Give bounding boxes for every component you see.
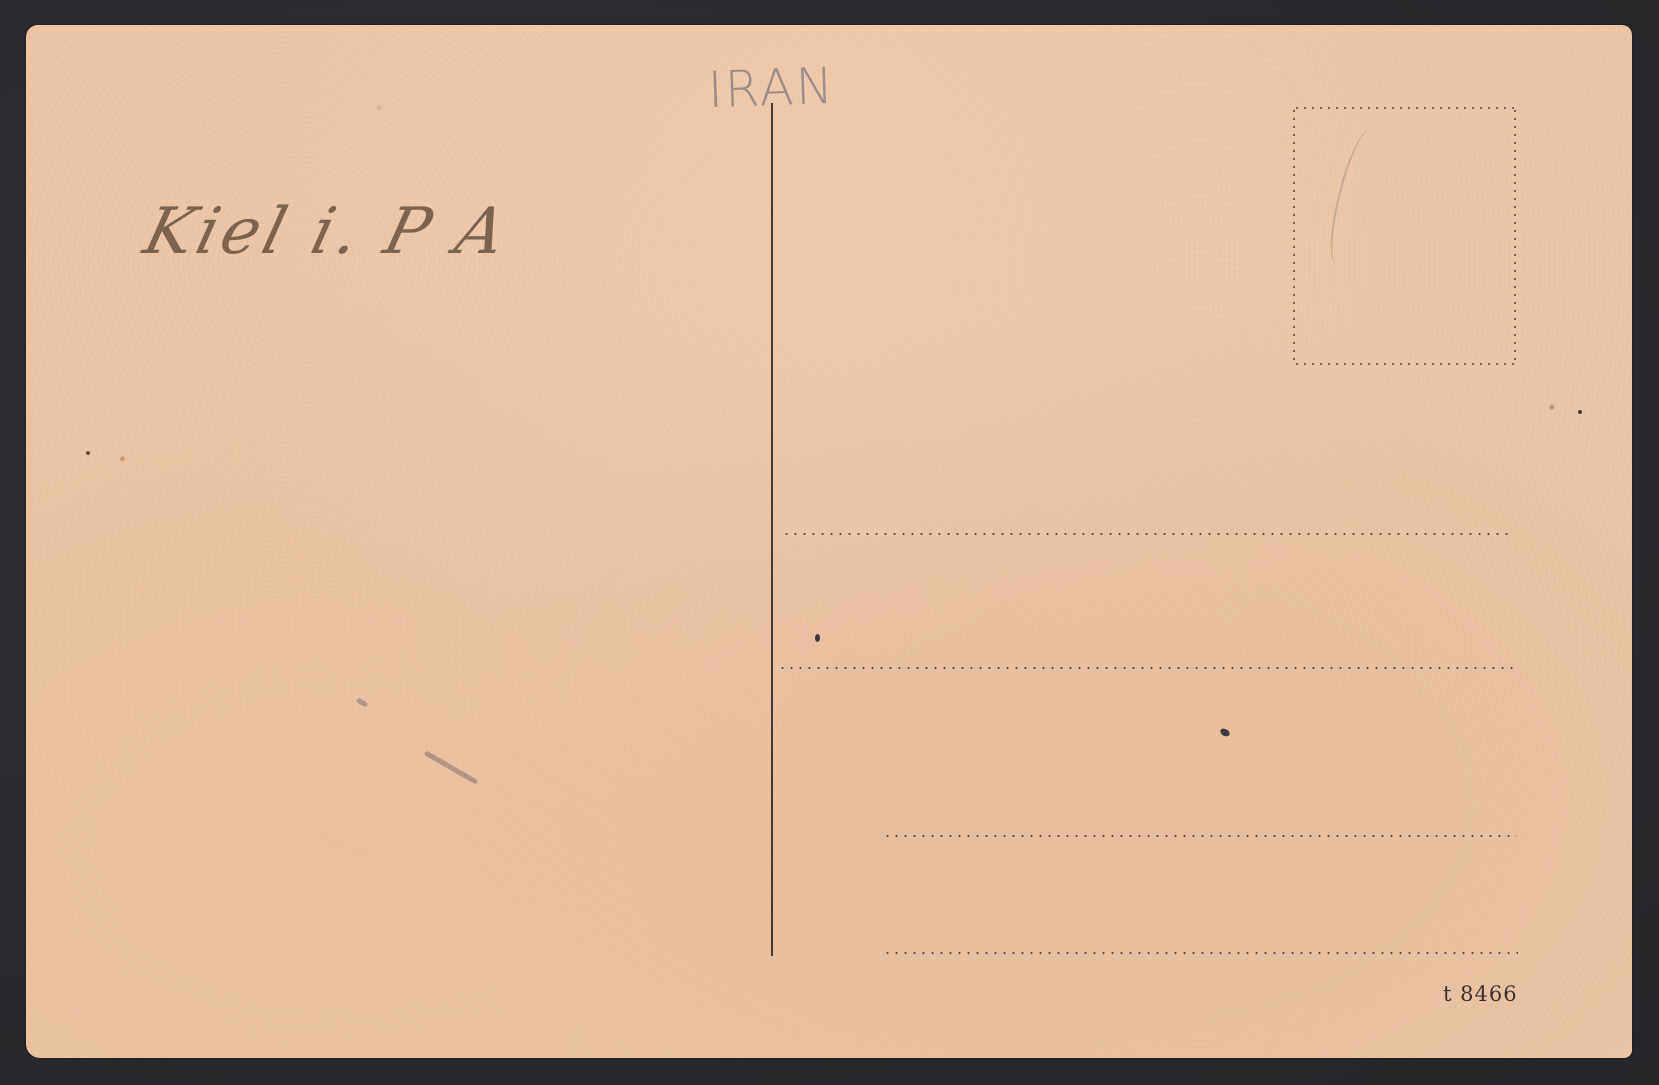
ink-spot <box>815 634 820 642</box>
pencil-smudge <box>424 750 478 784</box>
address-line-2 <box>778 667 1517 669</box>
center-divider-line <box>771 103 773 956</box>
stamp-box-right-edge <box>1514 107 1516 365</box>
stamp-box-left-edge <box>1293 107 1295 365</box>
photo-backdrop: Kiel i. P A IRAN t 8466 <box>0 0 1659 1085</box>
pencil-smudge <box>356 697 369 707</box>
handwritten-location-text: Kiel i. P A <box>137 195 517 269</box>
pencil-mark <box>1324 125 1384 269</box>
address-line-1 <box>782 533 1512 535</box>
postcard-back: Kiel i. P A IRAN t 8466 <box>26 25 1632 1058</box>
ink-spot <box>1578 410 1582 414</box>
stamp-box-top-edge <box>1293 107 1516 109</box>
printer-code: t 8466 <box>1443 982 1518 1006</box>
address-line-3 <box>883 835 1517 837</box>
ink-spot <box>86 451 90 455</box>
address-line-4 <box>883 952 1518 954</box>
stamp-box-bottom-edge <box>1293 363 1516 365</box>
stamp-box <box>1293 107 1516 365</box>
ink-spot <box>1219 727 1231 738</box>
